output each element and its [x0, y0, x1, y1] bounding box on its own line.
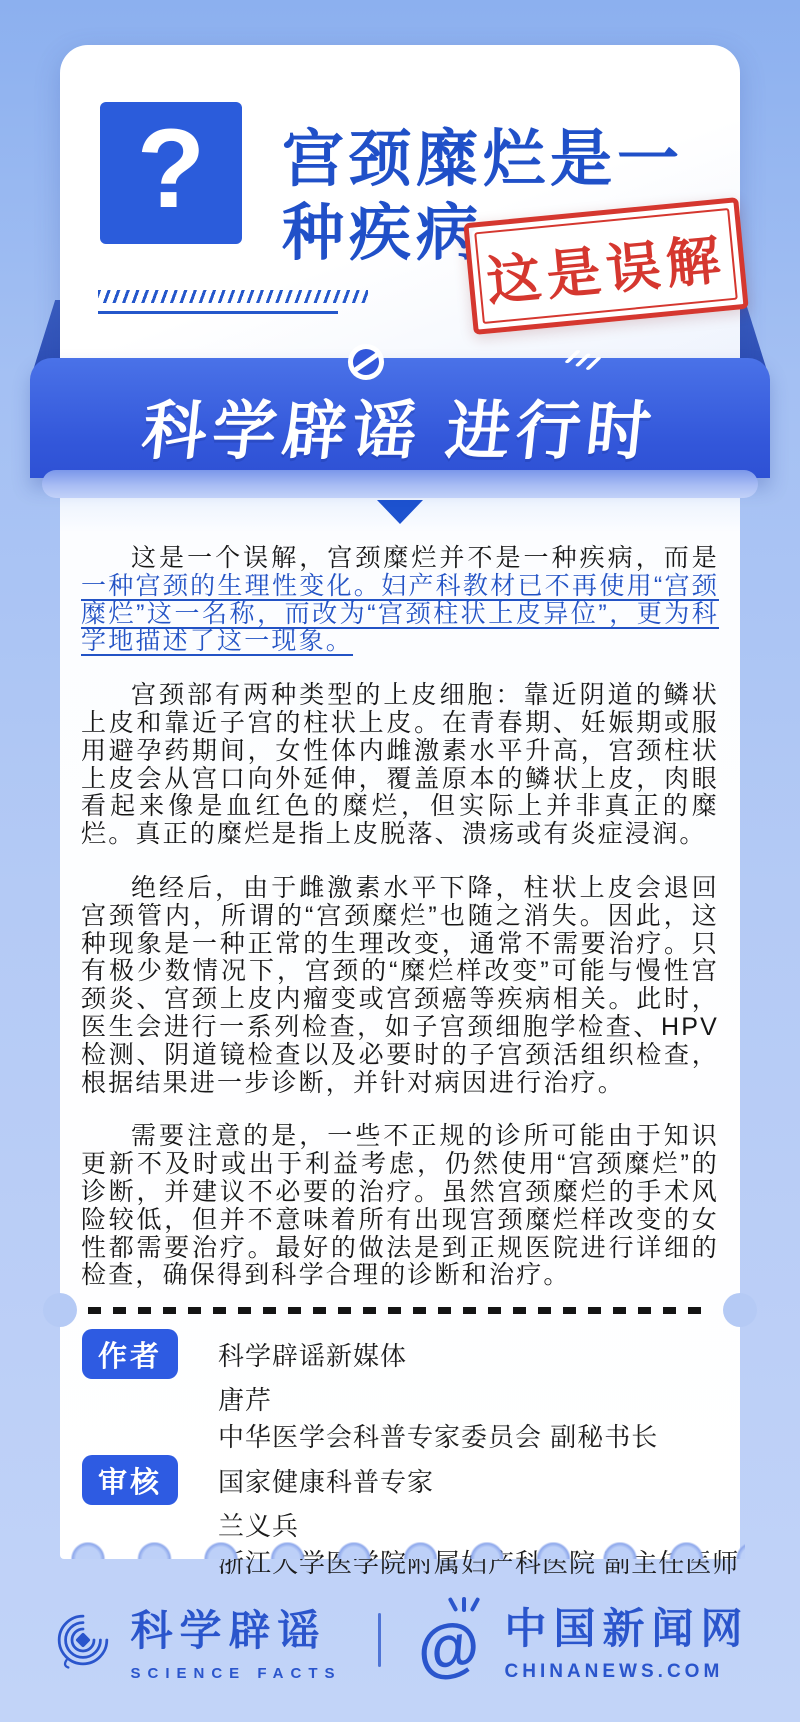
myth-title-line1: 宫颈糜烂是一 — [282, 123, 684, 197]
paragraph-4: 需要注意的是，一些不正规的诊所可能由于知识更新不及时或出于利益考虑，仍然使用“宫… — [81, 1123, 719, 1290]
article-card: 这是一个误解，宫颈糜烂并不是一种疾病，而是一种宫颈的生理性变化。妇产科教材已不再… — [60, 490, 740, 1559]
author-line: 中华医学会科普专家委员会 副秘书长 — [218, 1417, 718, 1454]
paragraph-1-lead: 这是一个误解，宫颈糜烂并不是一种疾病，而是 — [131, 544, 719, 572]
chinanews-cn: 中国新闻网 — [505, 1596, 750, 1656]
article-body: 这是一个误解，宫颈糜烂并不是一种疾病，而是一种宫颈的生理性变化。妇产科教材已不再… — [81, 545, 719, 1316]
ticket-notch-right — [723, 1293, 757, 1327]
science-facts-en: SCIENCE FACTS — [130, 1665, 341, 1682]
chinanews-logo: @ 中国新闻网 CHINANEWS.COM — [417, 1596, 750, 1683]
chinanews-text: 中国新闻网 CHINANEWS.COM — [505, 1596, 750, 1683]
author-line: 科学辟谣新媒体 — [218, 1336, 718, 1373]
footer-divider — [378, 1613, 381, 1667]
banner-title: 科学辟谣 进行时 — [25, 380, 775, 472]
stamp-border: 这是误解 — [474, 208, 738, 324]
science-facts-logo: 科学辟谣 SCIENCE FACTS — [50, 1598, 341, 1682]
rays-icon — [451, 1597, 477, 1612]
credit-row: 作者 科学辟谣新媒体 — [82, 1328, 718, 1380]
ticket-edge — [55, 1542, 745, 1559]
rule-divider — [98, 311, 338, 314]
footer: 科学辟谣 SCIENCE FACTS @ 中国新闻网 CHINANEWS.COM — [0, 1596, 800, 1683]
credit-row: 中华医学会科普专家委员会 副秘书长 — [82, 1417, 718, 1454]
banner: 科学辟谣 进行时 — [30, 358, 770, 478]
author-badge: 作者 — [82, 1329, 178, 1379]
paragraph-1-emphasis: 一种宫颈的生理性变化。妇产科教材已不再使用“宫颈糜烂”这一名称，而改为“宫颈柱状… — [81, 572, 719, 656]
science-facts-text: 科学辟谣 SCIENCE FACTS — [130, 1598, 341, 1682]
author-line: 唐芹 — [218, 1380, 718, 1417]
hatch-divider — [98, 290, 368, 303]
question-mark-icon: ? — [100, 102, 242, 244]
reviewer-badge: 审核 — [82, 1455, 178, 1505]
ticket-notch-left — [43, 1293, 77, 1327]
down-triangle-icon — [377, 500, 423, 524]
chinanews-at-icon: @ — [417, 1601, 491, 1679]
credit-row: 审核 国家健康科普专家 — [82, 1454, 718, 1506]
paragraph-1: 这是一个误解，宫颈糜烂并不是一种疾病，而是一种宫颈的生理性变化。妇产科教材已不再… — [81, 545, 719, 656]
at-glyph: @ — [412, 1610, 483, 1682]
science-facts-cn: 科学辟谣 — [130, 1598, 341, 1658]
dashed-divider — [88, 1307, 712, 1314]
question-mark-glyph: ? — [137, 113, 205, 225]
chinanews-en: CHINANEWS.COM — [505, 1661, 750, 1683]
reviewer-line: 国家健康科普专家 — [218, 1462, 718, 1499]
paragraph-2: 宫颈部有两种类型的上皮细胞：靠近阴道的鳞状上皮和靠近子宫的柱状上皮。在青春期、妊… — [81, 682, 719, 849]
credit-row: 兰义兵 — [82, 1506, 718, 1543]
paragraph-3: 绝经后，由于雌激素水平下降，柱状上皮会退回宫颈管内，所谓的“宫颈糜烂”也随之消失… — [81, 875, 719, 1097]
envelope-lip — [42, 470, 758, 498]
credit-row: 唐芹 — [82, 1380, 718, 1417]
science-facts-icon — [50, 1607, 116, 1673]
reviewer-line: 兰义兵 — [218, 1506, 718, 1543]
poster: ? 宫颈糜烂是一 种疾病 这是误解 科学辟谣 进行时 这是一个误解，宫颈糜烂并不… — [0, 0, 800, 1722]
stamp-text: 这是误解 — [483, 216, 729, 316]
